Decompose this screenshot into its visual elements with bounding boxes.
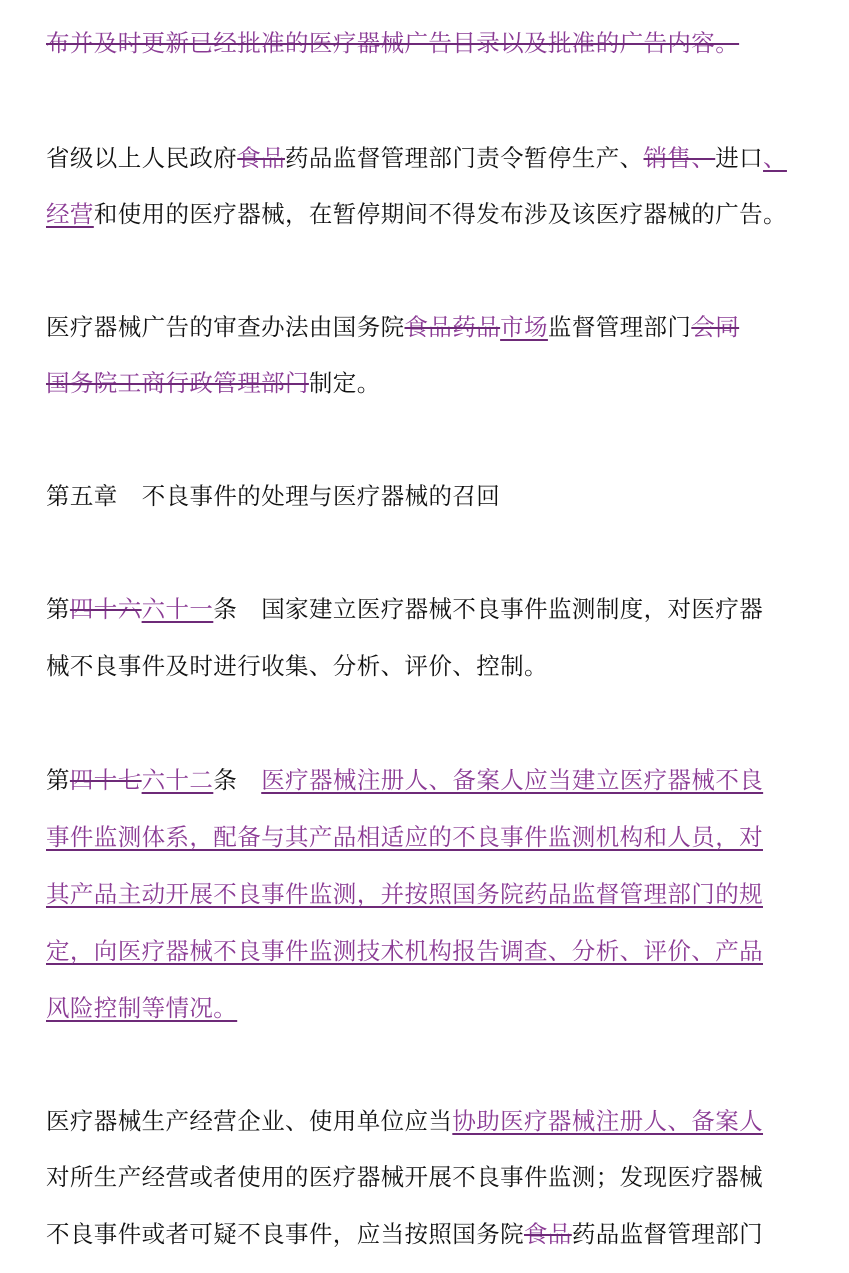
tracked-insertion: 六十一 xyxy=(142,595,214,623)
text-line: 第四十七六十二条医疗器械注册人、备案人应当建立医疗器械不良 xyxy=(46,765,806,795)
text-line: 定，向医疗器械不良事件监测技术机构报告调查、分析、评价、产品 xyxy=(46,936,806,966)
text-line: 医疗器械广告的审查办法由国务院食品药品市场监督管理部门会同 xyxy=(46,312,806,342)
body-text: 制定。 xyxy=(309,369,381,397)
tracked-insertion: 医疗器械注册人、备案人应当建立医疗器械不良 xyxy=(261,766,763,794)
body-text: 条 xyxy=(213,766,237,794)
body-text: 械不良事件及时进行收集、分析、评价、控制。 xyxy=(46,652,548,680)
body-text: 第 xyxy=(46,766,70,794)
text-line: 省级以上人民政府食品药品监督管理部门责令暂停生产、销售、进口、 xyxy=(46,143,806,173)
body-text: 条 xyxy=(213,595,237,623)
tracked-insertion: 定，向医疗器械不良事件监测技术机构报告调查、分析、评价、产品 xyxy=(46,937,763,965)
tracked-insertion: 、 xyxy=(763,144,787,172)
text-line: 第四十六六十一条国家建立医疗器械不良事件监测制度，对医疗器 xyxy=(46,594,806,624)
document-page: 布并及时更新已经批准的医疗器械广告目录以及批准的广告内容。省级以上人民政府食品药… xyxy=(0,0,849,1273)
tracked-deletion: 四十六 xyxy=(70,595,142,623)
body-text: 医疗器械生产经营企业、使用单位应当 xyxy=(46,1107,452,1135)
text-line: 第五章不良事件的处理与医疗器械的召回 xyxy=(46,481,806,511)
tracked-insertion: 事件监测体系，配备与其产品相适应的不良事件监测机构和人员，对 xyxy=(46,823,763,851)
text-line: 布并及时更新已经批准的医疗器械广告目录以及批准的广告内容。 xyxy=(46,28,806,58)
tracked-insertion: 其产品主动开展不良事件监测，并按照国务院药品监督管理部门的规 xyxy=(46,880,763,908)
body-text: 不良事件或者可疑不良事件，应当按照国务院 xyxy=(46,1220,524,1248)
tracked-deletion: 食品 xyxy=(524,1220,572,1248)
body-text: 药品监督管理部门责令暂停生产、 xyxy=(285,144,644,172)
text-line: 不良事件或者可疑不良事件，应当按照国务院食品药品监督管理部门 xyxy=(46,1219,806,1249)
tracked-insertion: 六十二 xyxy=(142,766,214,794)
text-line: 械不良事件及时进行收集、分析、评价、控制。 xyxy=(46,651,806,681)
text-line: 医疗器械生产经营企业、使用单位应当协助医疗器械注册人、备案人 xyxy=(46,1106,806,1136)
tracked-insertion: 市场 xyxy=(500,313,548,341)
body-text: 第五章 xyxy=(46,482,118,510)
text-line: 其产品主动开展不良事件监测，并按照国务院药品监督管理部门的规 xyxy=(46,879,806,909)
text-line: 国务院工商行政管理部门制定。 xyxy=(46,368,806,398)
tracked-deletion: 四十七 xyxy=(70,766,142,794)
body-text: 进口 xyxy=(715,144,763,172)
body-text: 省级以上人民政府 xyxy=(46,144,237,172)
body-text: 对所生产经营或者使用的医疗器械开展不良事件监测；发现医疗器械 xyxy=(46,1163,763,1191)
tracked-deletion: 食品 xyxy=(237,144,285,172)
body-text: 监督管理部门 xyxy=(548,313,691,341)
tracked-deletion: 布并及时更新已经批准的医疗器械广告目录以及批准的广告内容。 xyxy=(46,29,739,57)
text-line: 对所生产经营或者使用的医疗器械开展不良事件监测；发现医疗器械 xyxy=(46,1162,806,1192)
tracked-insertion: 风险控制等情况。 xyxy=(46,994,237,1022)
body-text: 和使用的医疗器械，在暂停期间不得发布涉及该医疗器械的广告。 xyxy=(94,200,787,228)
tracked-deletion: 食品药品 xyxy=(405,313,501,341)
tracked-deletion: 国务院工商行政管理部门 xyxy=(46,369,309,397)
body-text: 不良事件的处理与医疗器械的召回 xyxy=(142,482,501,510)
tracked-insertion: 经营 xyxy=(46,200,94,228)
body-text: 国家建立医疗器械不良事件监测制度，对医疗器 xyxy=(261,595,763,623)
text-line: 风险控制等情况。 xyxy=(46,993,806,1023)
tracked-deletion: 销售、 xyxy=(644,144,716,172)
body-text: 第 xyxy=(46,595,70,623)
tracked-insertion: 协助医疗器械注册人、备案人 xyxy=(452,1107,763,1135)
body-text: 药品监督管理部门 xyxy=(572,1220,763,1248)
tracked-deletion: 会同 xyxy=(691,313,739,341)
text-line: 经营和使用的医疗器械，在暂停期间不得发布涉及该医疗器械的广告。 xyxy=(46,199,806,229)
body-text: 医疗器械广告的审查办法由国务院 xyxy=(46,313,405,341)
text-line: 事件监测体系，配备与其产品相适应的不良事件监测机构和人员，对 xyxy=(46,822,806,852)
